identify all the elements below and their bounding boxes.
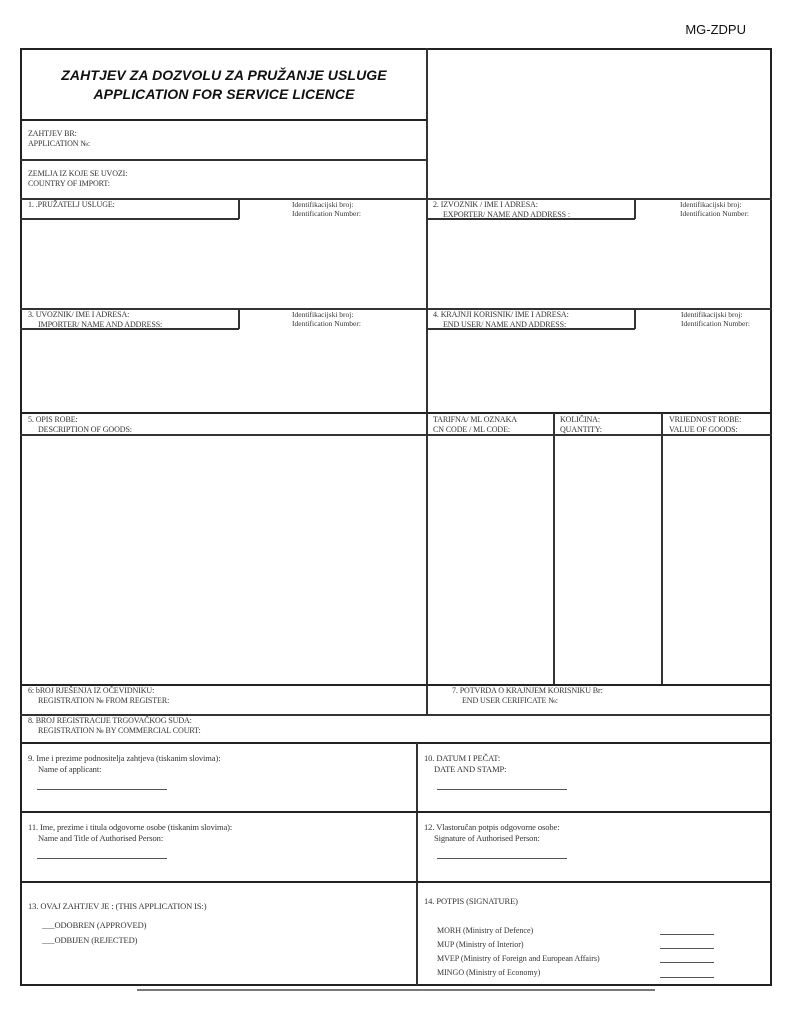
section-2-id-label: Identifikacijski broj: Identification Nu… — [680, 200, 749, 218]
service-provider-field[interactable] — [22, 220, 426, 308]
exporter-field[interactable] — [428, 220, 770, 308]
label-box-right — [238, 198, 240, 219]
value-header: VRIJEDNOST ROBE: VALUE OF GOODS: — [669, 415, 741, 434]
identification-label-en: Identification Number: — [680, 209, 749, 218]
section-5-label: 5. OPIS ROBE: DESCRIPTION OF GOODS: — [28, 415, 132, 434]
ministry-morh: MORH (Ministry of Defence) — [437, 925, 533, 936]
identification-label-hr: Identifikacijski broj: — [292, 200, 361, 209]
section-12-label-en: Signature of Authorised Person: — [424, 833, 559, 844]
frame-right — [770, 48, 772, 985]
date-stamp-line[interactable] — [437, 789, 567, 790]
section-4-id-label: Identifikacijski broj: Identification Nu… — [681, 310, 750, 328]
identification-label-en: Identification Number: — [292, 319, 361, 328]
value-of-goods-field[interactable] — [663, 436, 770, 684]
application-number-label-hr: ZAHTJEV BR: — [28, 129, 90, 139]
value-label-en: VALUE OF GOODS: — [669, 425, 741, 435]
form-title-hr: ZAHTJEV ZA DOZVOLU ZA PRUŽANJE USLUGE — [22, 66, 426, 85]
quantity-field[interactable] — [555, 436, 661, 684]
country-of-import-label-en: COUNTRY OF IMPORT: — [28, 179, 127, 189]
frame-bottom — [20, 984, 772, 986]
quantity-header: KOLIČINA: QUANTITY: — [560, 415, 602, 434]
description-of-goods-field[interactable] — [22, 436, 426, 684]
frame-top — [20, 48, 772, 50]
authorised-signature-line[interactable] — [437, 858, 567, 859]
application-number-field[interactable]: ZAHTJEV BR: APPLICATION №: — [22, 121, 426, 159]
section-12-label-hr: 12. Vlastoručan potpis odgovorne osobe: — [424, 822, 559, 833]
section-4-label: 4. KRAJNJI KORISNIK/ IME I ADRESA: END U… — [433, 310, 569, 329]
footer-rule — [137, 989, 655, 991]
section-2-label: 2. IZVOZNIK / IME I ADRESA: EXPORTER/ NA… — [433, 200, 570, 219]
section-1-id-label: Identifikacijski broj: Identification Nu… — [292, 200, 361, 218]
country-of-import-field[interactable]: ZEMLJA IZ KOJE SE UVOZI: COUNTRY OF IMPO… — [22, 160, 426, 198]
quantity-label-hr: KOLIČINA: — [560, 415, 602, 425]
application-number-label-en: APPLICATION №: — [28, 139, 90, 149]
end-user-field[interactable] — [428, 330, 770, 412]
ministry-mingo-signature-line[interactable] — [660, 977, 714, 978]
section-3-label: 3. UVOZNIK/ IME I ADRESA: IMPORTER/ NAME… — [28, 310, 162, 329]
value-label-hr: VRIJEDNOST ROBE: — [669, 415, 741, 425]
section-5-label-en: DESCRIPTION OF GOODS: — [28, 425, 132, 435]
section-11-label: 11. Ime, prezime i titula odgovorne osob… — [28, 822, 232, 844]
section-9-label-hr: 9. Ime i prezime podnositelja zahtjeva (… — [28, 753, 220, 764]
section-9-label-en: Name of applicant: — [28, 764, 220, 775]
section-5-label-hr: 5. OPIS ROBE: — [28, 415, 132, 425]
label-box-right — [634, 308, 636, 329]
divider — [20, 198, 772, 200]
section-3-id-label: Identifikacijski broj: Identification Nu… — [292, 310, 361, 328]
divider — [20, 881, 772, 883]
identification-label-hr: Identifikacijski broj: — [681, 310, 750, 319]
applicant-name-line[interactable] — [37, 789, 167, 790]
divider-signature-middle — [416, 743, 418, 985]
section-11-label-hr: 11. Ime, prezime i titula odgovorne osob… — [28, 822, 232, 833]
end-user-certificate-field[interactable] — [428, 686, 770, 714]
authorised-person-name-line[interactable] — [37, 858, 167, 859]
section-9-label: 9. Ime i prezime podnositelja zahtjeva (… — [28, 753, 220, 775]
identification-label-en: Identification Number: — [681, 319, 750, 328]
importer-field[interactable] — [22, 330, 426, 412]
section-10-label-hr: 10. DATUM I PEČAT: — [424, 753, 506, 764]
ministry-mup: MUP (Ministry of Interior) — [437, 939, 524, 950]
form-title-en: APPLICATION FOR SERVICE LICENCE — [22, 85, 426, 104]
country-of-import-label-hr: ZEMLJA IZ KOJE SE UVOZI: — [28, 169, 127, 179]
section-12-label: 12. Vlastoručan potpis odgovorne osobe: … — [424, 822, 559, 844]
section-14-title: 14. POTPIS (SIGNATURE) — [424, 896, 518, 907]
cn-code-field[interactable] — [428, 436, 553, 684]
section-3-label-en: IMPORTER/ NAME AND ADDRESS: — [28, 320, 162, 330]
cn-code-label-hr: TARIFNA/ ML OZNAKA — [433, 415, 517, 425]
ministry-mup-signature-line[interactable] — [660, 948, 714, 949]
label-box-right — [634, 198, 636, 219]
option-rejected[interactable]: ___ODBIJEN (REJECTED) — [42, 935, 137, 946]
ministry-mingo: MINGO (Ministry of Economy) — [437, 967, 540, 978]
ministry-morh-signature-line[interactable] — [660, 934, 714, 935]
section-2-label-en: EXPORTER/ NAME AND ADDRESS : — [433, 210, 570, 220]
section-4-label-en: END USER/ NAME AND ADDRESS: — [433, 320, 569, 330]
cn-code-header: TARIFNA/ ML OZNAKA CN CODE / ML CODE: — [433, 415, 517, 434]
commercial-court-registration-field[interactable] — [22, 716, 770, 742]
section-4-label-hr: 4. KRAJNJI KORISNIK/ IME I ADRESA: — [433, 310, 569, 320]
divider — [20, 742, 772, 744]
section-10-label-en: DATE AND STAMP: — [424, 764, 506, 775]
section-3-label-hr: 3. UVOZNIK/ IME I ADRESA: — [28, 310, 162, 320]
quantity-label-en: QUANTITY: — [560, 425, 602, 435]
section-13-title: 13. OVAJ ZAHTJEV JE : (THIS APPLICATION … — [28, 901, 207, 912]
divider — [20, 412, 772, 414]
section-10-label: 10. DATUM I PEČAT: DATE AND STAMP: — [424, 753, 506, 775]
section-11-label-en: Name and Title of Authorised Person: — [28, 833, 232, 844]
ministry-mvep-signature-line[interactable] — [660, 962, 714, 963]
cn-code-label-en: CN CODE / ML CODE: — [433, 425, 517, 435]
label-box-right — [238, 308, 240, 329]
identification-label-en: Identification Number: — [292, 209, 361, 218]
section-2-label-hr: 2. IZVOZNIK / IME I ADRESA: — [433, 200, 570, 210]
ministry-mvep: MVEP (Ministry of Foreign and European A… — [437, 953, 600, 964]
option-approved[interactable]: ___ODOBREN (APPROVED) — [42, 920, 146, 931]
divider — [20, 811, 772, 813]
registration-from-register-field[interactable] — [22, 686, 426, 714]
identification-label-hr: Identifikacijski broj: — [680, 200, 749, 209]
document-code: MG-ZDPU — [685, 22, 746, 37]
identification-label-hr: Identifikacijski broj: — [292, 310, 361, 319]
section-1-label: 1. .PRUŽATELJ USLUGE: — [28, 200, 115, 210]
